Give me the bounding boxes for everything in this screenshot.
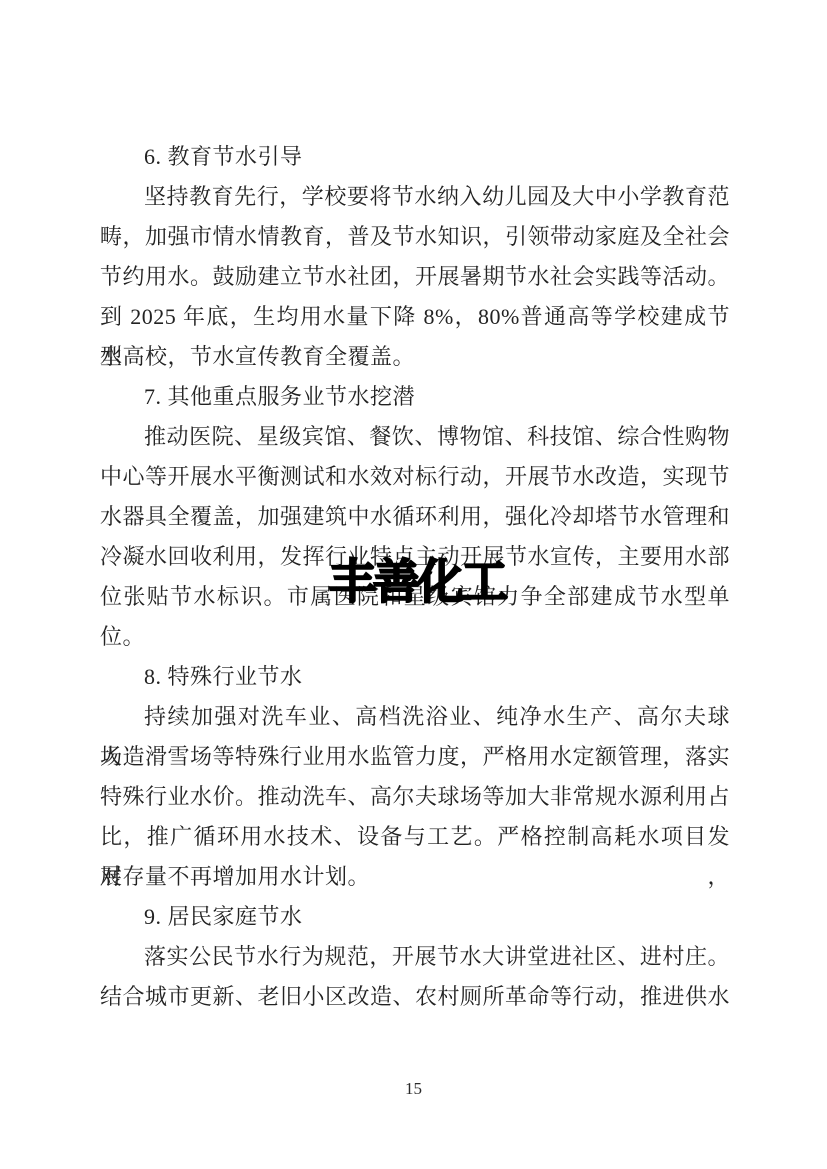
paragraph-line: 到 2025 年底，生均用水量下降 8%，80%普通高等学校建成节水 [100, 297, 730, 337]
paragraph-line: 推动医院、星级宾馆、餐饮、博物馆、科技馆、综合性购物 [100, 417, 730, 457]
paragraph-line: 位。 [100, 617, 730, 657]
page-number: 15 [0, 1078, 827, 1100]
paragraph-line: 结合城市更新、老旧小区改造、农村厕所革命等行动，推进供水 [100, 977, 730, 1017]
section-8-special-industries: 8. 特殊行业节水 持续加强对洗车业、高档洗浴业、纯净水生产、高尔夫球场、 人造… [100, 657, 730, 897]
paragraph-line: 坚持教育先行，学校要将节水纳入幼儿园及大中小学教育范 [100, 177, 730, 217]
watermark: 丰善化工 [329, 556, 505, 608]
paragraph-line: 中心等开展水平衡测试和水效对标行动，开展节水改造，实现节 [100, 457, 730, 497]
section-heading: 7. 其他重点服务业节水挖潜 [100, 377, 730, 417]
paragraph-line: 畴，加强市情水情教育，普及节水知识，引领带动家庭及全社会 [100, 217, 730, 257]
paragraph-line: 特殊行业水价。推动洗车、高尔夫球场等加大非常规水源利用占 [100, 777, 730, 817]
section-6-education-water-saving: 6. 教育节水引导 坚持教育先行，学校要将节水纳入幼儿园及大中小学教育范 畴，加… [100, 137, 730, 377]
paragraph-line: 节约用水。鼓励建立节水社团，开展暑期节水社会实践等活动。 [100, 257, 730, 297]
section-heading: 6. 教育节水引导 [100, 137, 730, 177]
paragraph-line: 落实公民节水行为规范，开展节水大讲堂进社区、进村庄。 [100, 937, 730, 977]
paragraph-line: 型高校，节水宣传教育全覆盖。 [100, 337, 730, 377]
paragraph-line: 水器具全覆盖，加强建筑中水循环利用，强化冷却塔节水管理和 [100, 497, 730, 537]
paragraph-line: 持续加强对洗车业、高档洗浴业、纯净水生产、高尔夫球场、 [100, 697, 730, 737]
document-page: 6. 教育节水引导 坚持教育先行，学校要将节水纳入幼儿园及大中小学教育范 畴，加… [0, 0, 827, 1169]
section-7-other-key-services: 7. 其他重点服务业节水挖潜 推动医院、星级宾馆、餐饮、博物馆、科技馆、综合性购… [100, 377, 730, 657]
section-heading: 8. 特殊行业节水 [100, 657, 730, 697]
paragraph-line: 比，推广循环用水技术、设备与工艺。严格控制高耗水项目发展， [100, 817, 730, 857]
section-9-household-water-saving: 9. 居民家庭节水 落实公民节水行为规范，开展节水大讲堂进社区、进村庄。 结合城… [100, 897, 730, 1017]
paragraph-line: 人造滑雪场等特殊行业用水监管力度，严格用水定额管理，落实 [100, 737, 730, 777]
section-heading: 9. 居民家庭节水 [100, 897, 730, 937]
